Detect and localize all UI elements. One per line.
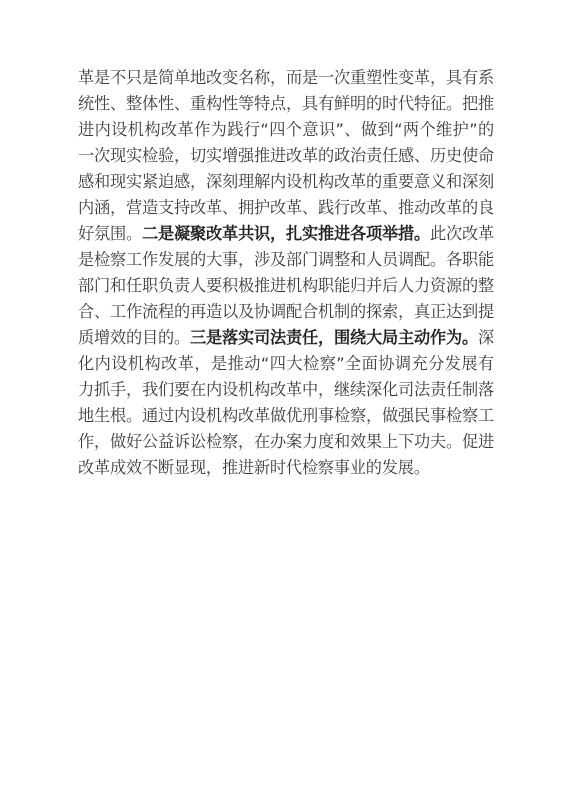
document-page: 革是不只是简单地改变名称，而是一次重塑性变革，具有系统性、整体性、重构性等特点，… <box>78 65 494 481</box>
heading-point-three: 三是落实司法责任，围绕大局主动作为。 <box>190 328 478 347</box>
paragraph-text-point-three: 深化内设机构改革，是推动“四大检察”全面协调充分发展有力抓手，我们要在内设机构改… <box>78 328 494 477</box>
body-paragraph: 革是不只是简单地改变名称，而是一次重塑性变革，具有系统性、整体性、重构性等特点，… <box>78 65 494 481</box>
paragraph-text-intro: 革是不只是简单地改变名称，而是一次重塑性变革，具有系统性、整体性、重构性等特点，… <box>78 68 494 243</box>
heading-point-two: 二是凝聚改革共识，扎实推进各项举措。 <box>142 224 430 243</box>
